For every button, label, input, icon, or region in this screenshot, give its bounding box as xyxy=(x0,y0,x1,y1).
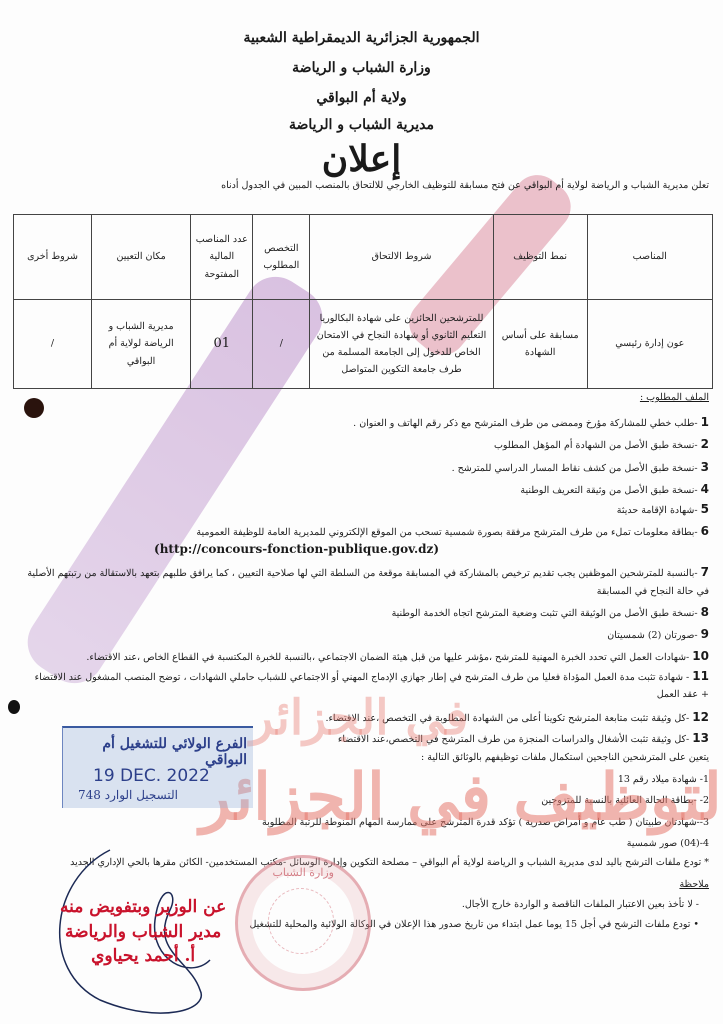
remark-item: - لا تأخذ بعين الاعتبار الملفات الناقصة … xyxy=(462,900,699,910)
url-link[interactable]: (http://concours-fonction-publique.gov.d… xyxy=(154,543,439,555)
ink-dot-small xyxy=(8,700,20,714)
remarks-heading: ملاحظة xyxy=(679,880,709,890)
watermark-blog-text: مدونة التوظيف في الجزائر xyxy=(200,760,723,835)
list-item: 11 - شهادة تثبت مدة العمل المؤداة فعليا … xyxy=(35,670,709,683)
list-item: 4 -نسخة طبق الأصل من وثيقة التعريف الوطن… xyxy=(520,483,709,496)
list-item: 5 -شهادة الإقامة حديثة xyxy=(617,503,709,516)
ministry-seal-text: وزارة الشباب xyxy=(273,866,335,879)
list-item-continuation: في حالة النجاح في المسابقة xyxy=(597,587,709,597)
agency-stamp-date: 19 DEC. 2022 xyxy=(93,766,210,786)
list-item: 8 -نسخة طبق الأصل من الوثيقة التي تثبت و… xyxy=(392,606,709,619)
announcement-page: الجمهورية الجزائرية الديمقراطية الشعبية … xyxy=(0,0,723,1024)
agency-stamp: الفرع الولائي للتشغيل أم البواقي 19 DEC.… xyxy=(62,726,253,808)
ministry-seal-emblem xyxy=(268,888,334,954)
required-file-heading: الملف المطلوب : xyxy=(640,393,709,403)
signature-block: عن الوزير وبتفويض منه مدير الشباب والريا… xyxy=(60,895,226,969)
list-item: 6 -بطاقة معلومات تملء من طرف المترشح مرف… xyxy=(196,525,709,538)
list-item: 10 -شهادات العمل التي تحدد الخبرة المهني… xyxy=(86,650,709,663)
agency-stamp-footer: التسجيل الوارد 748 xyxy=(78,788,178,802)
list-item: 2 -نسخة طبق الأصل من الشهادة أم المؤهل ا… xyxy=(494,438,709,451)
list-item: 9 -صورتان (2) شمسيتان xyxy=(607,628,709,641)
agency-stamp-title: الفرع الولائي للتشغيل أم البواقي xyxy=(63,736,247,768)
watermark-blog-line1: في الجزائر xyxy=(250,690,468,746)
list-item: 1 -طلب خطي للمشاركة مؤرخ وممضى من طرف ال… xyxy=(353,416,709,429)
list-item: 3 -نسخة طبق الأصل من كشف نقاط المسار الد… xyxy=(452,461,709,474)
list-item: 4-(04) صور شمسية xyxy=(627,839,709,849)
list-item: 7 -بالنسبة للمترشحين الموظفين يجب تقديم … xyxy=(27,566,709,579)
list-item-continuation: + عقد العمل xyxy=(657,690,709,700)
ministry-seal: وزارة الشباب xyxy=(235,855,371,991)
